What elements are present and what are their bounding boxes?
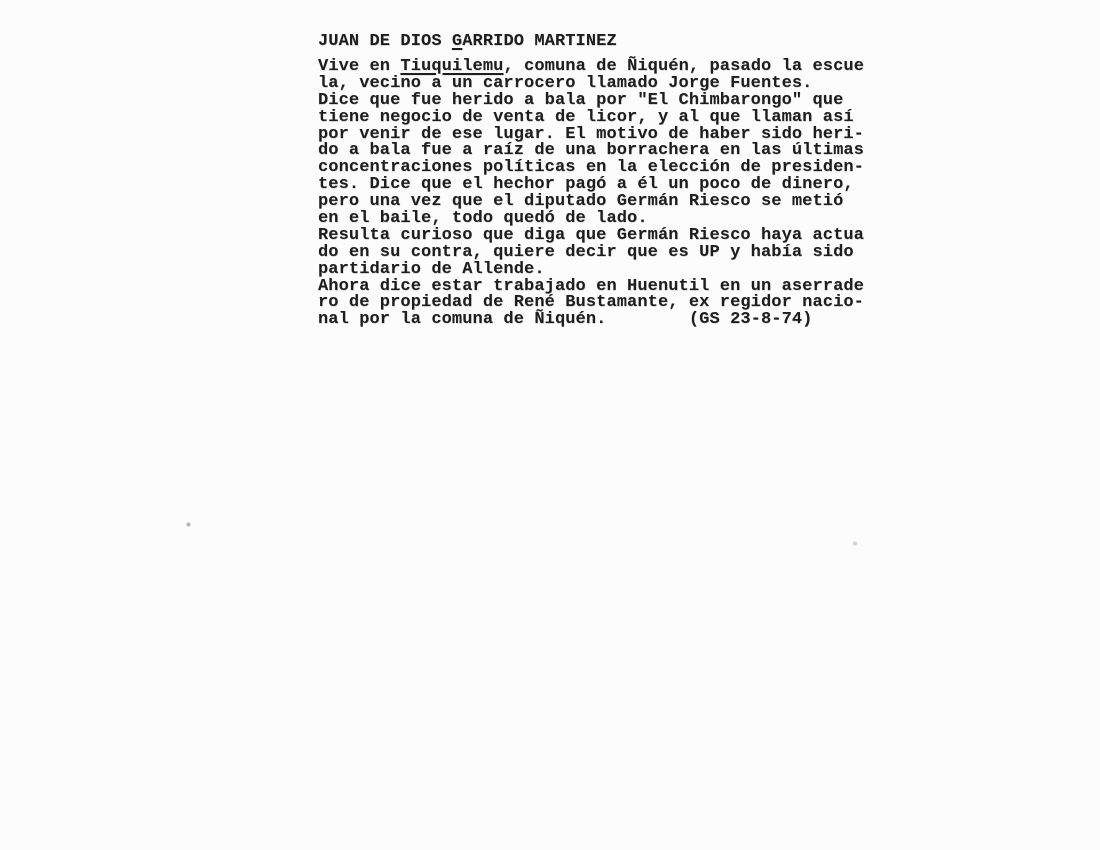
text-line: nal por la comuna de Ñiquén. (GS 23-8-74…: [318, 312, 888, 329]
title-text-pre: JUAN DE DIOS: [318, 32, 452, 51]
title-text-post: ARRIDO MARTINEZ: [462, 32, 617, 51]
scanned-document-page: JUAN DE DIOS GARRIDO MARTINEZ Vive en Ti…: [0, 0, 1100, 850]
scan-speck: [852, 541, 858, 546]
document-title: JUAN DE DIOS GARRIDO MARTINEZ: [318, 33, 888, 50]
scan-speck: [186, 522, 191, 527]
document-text-block: JUAN DE DIOS GARRIDO MARTINEZ Vive en Ti…: [318, 33, 888, 50]
title-text-underlined: G: [452, 32, 462, 51]
document-body: Vive en Tiuquilemu, comuna de Ñiquén, pa…: [318, 59, 888, 329]
